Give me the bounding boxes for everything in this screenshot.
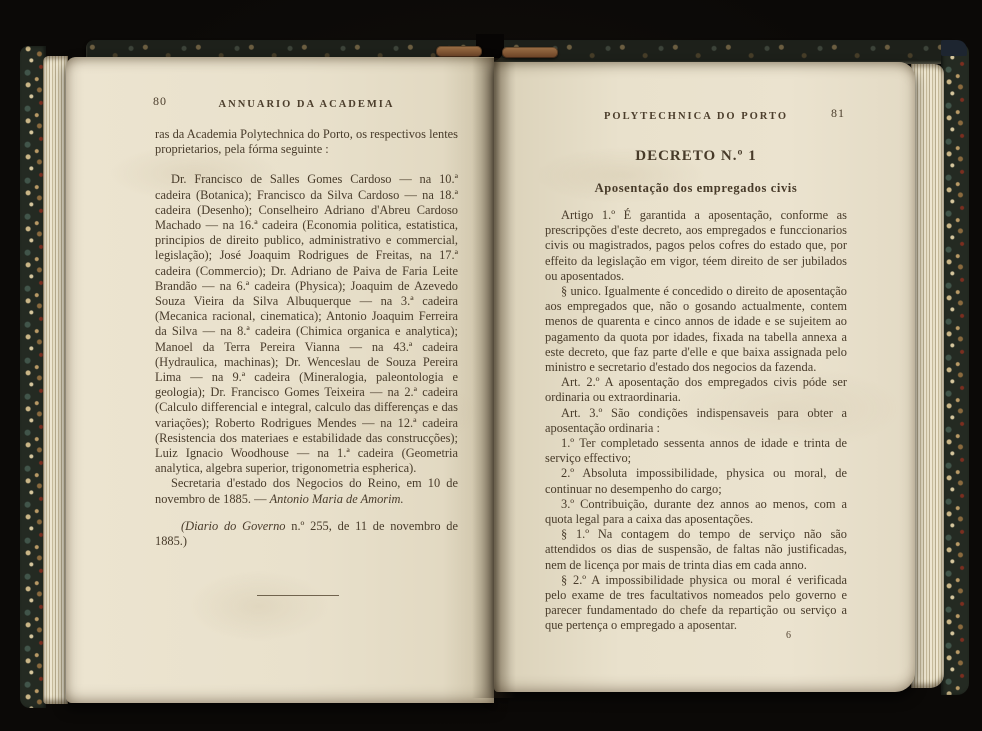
paragraph-closing: Secretaria d'estado dos Negocios do Rein…	[155, 476, 458, 506]
cover-corner-right	[941, 40, 967, 56]
paragraph-intro: ras da Academia Polytechnica do Porto, o…	[155, 127, 458, 157]
paragraph-article: Art. 2.º A aposentação dos empregados ci…	[545, 375, 847, 405]
signature-mark: 6	[786, 630, 791, 641]
citation-source: (Diario do Governo	[181, 519, 291, 533]
page-number: 81	[831, 106, 845, 121]
paragraph-citation: (Diario do Governo n.º 255, de 11 de nov…	[155, 519, 458, 549]
running-header: ANNUARIO DA ACADEMIA	[219, 99, 395, 110]
paragraph-article: 1.º Ter completado sessenta annos de ida…	[545, 436, 847, 466]
decree-subtitle: Aposentação dos empregados civis	[545, 181, 847, 196]
paragraph-article: 2.º Absoluta impossibilidade, physica ou…	[545, 466, 847, 496]
left-page-header: 80 ANNUARIO DA ACADEMIA	[155, 94, 458, 108]
decree-title: DECRETO N.º 1	[545, 148, 847, 165]
headband-right	[502, 47, 558, 58]
page-number: 80	[153, 94, 167, 109]
paragraph-faculty-list: Dr. Francisco de Salles Gomes Cardoso — …	[155, 172, 458, 476]
left-page-text-column: ras da Academia Polytechnica do Porto, o…	[155, 127, 458, 596]
page-edge-stack-left	[43, 56, 68, 704]
page-edge-stack-right	[911, 64, 944, 688]
headband-left	[436, 46, 482, 57]
paragraph-article: § unico. Igualmente é concedido o direit…	[545, 284, 847, 375]
right-page-text-column: Artigo 1.º É garantida a aposentação, co…	[545, 208, 847, 634]
paragraph-article: Art. 3.º São condições indispensaveis pa…	[545, 406, 847, 436]
section-divider-rule	[257, 595, 339, 596]
marbled-cover-right	[941, 43, 969, 695]
closing-signature-name: Antonio Maria de Amorim.	[270, 492, 404, 506]
paragraph-article: § 1.º Na contagem do tempo de serviço nã…	[545, 527, 847, 573]
left-page: 80 ANNUARIO DA ACADEMIA ras da Academia …	[66, 57, 494, 703]
running-header: POLYTECHNICA DO PORTO	[604, 111, 788, 122]
paragraph-article: 3.º Contribuição, durante dez annos ao m…	[545, 497, 847, 527]
paragraph-article: § 2.º A impossibilidade physica ou moral…	[545, 573, 847, 634]
right-page: POLYTECHNICA DO PORTO 81 DECRETO N.º 1 A…	[494, 62, 915, 692]
paragraph-article: Artigo 1.º É garantida a aposentação, co…	[545, 208, 847, 284]
right-page-header: POLYTECHNICA DO PORTO 81	[545, 106, 847, 120]
